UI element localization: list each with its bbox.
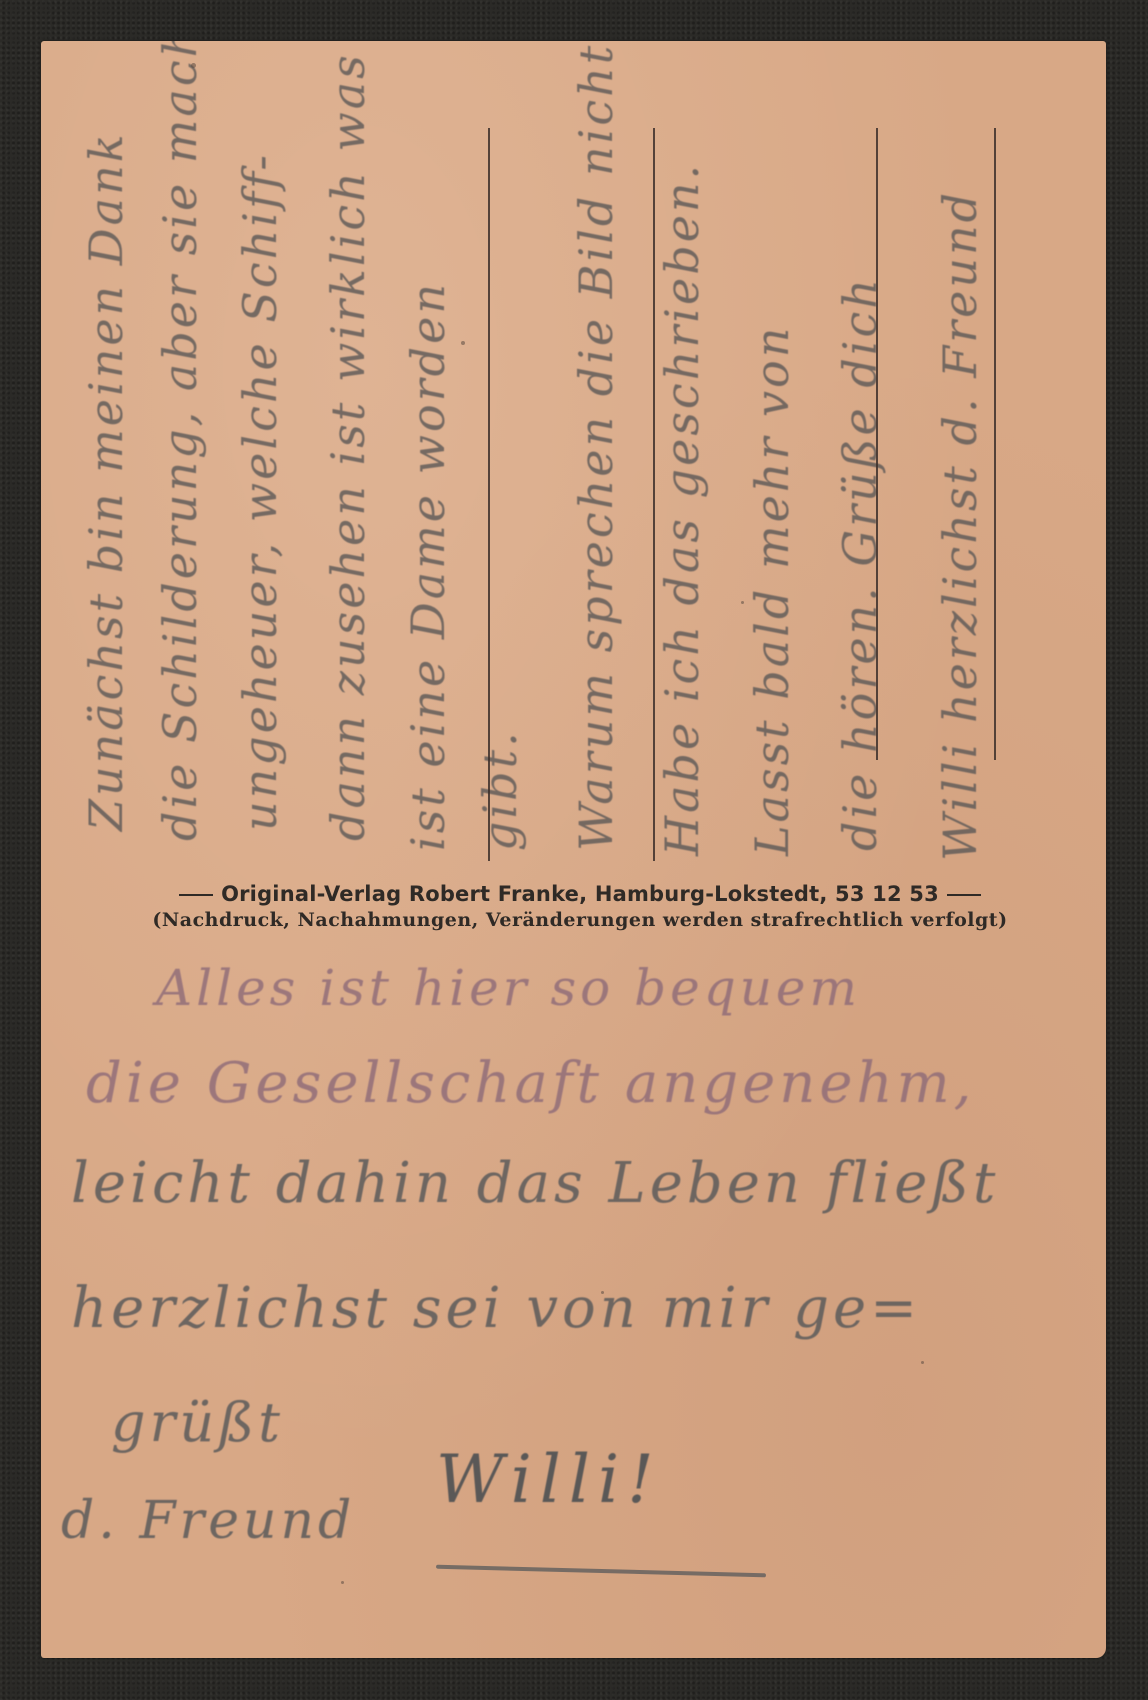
handwritten-line: Habe ich das geschrieben.: [655, 162, 709, 856]
imprint-dash: [947, 894, 981, 896]
signature-underline: [436, 1565, 766, 1578]
handwritten-line: gibt.: [473, 729, 527, 851]
handwritten-line: die hören. Grüße dich: [833, 276, 887, 851]
handwritten-line: Lasst bald mehr von: [745, 325, 799, 856]
handwritten-line: leicht dahin das Leben fließt: [71, 1151, 999, 1216]
handwritten-line: Alles ist hier so bequem: [156, 959, 861, 1017]
handwritten-line: Willi herzlichst d. Freund: [933, 190, 987, 861]
handwritten-line: ist eine Dame worden: [401, 281, 455, 851]
address-line: [488, 128, 490, 861]
handwritten-line: ungeheuer, welche Schiff-: [233, 152, 287, 831]
handwritten-line: grüßt: [111, 1391, 284, 1454]
handwritten-line: dann zusehen ist wirklich was: [321, 52, 375, 841]
address-line: [876, 128, 878, 760]
address-line: [994, 128, 996, 760]
postcard: Zunächst bin meinen Dank die Schilderung…: [41, 41, 1106, 1658]
imprint-dash: [179, 894, 213, 896]
handwritten-line: die Schilderung, aber sie macht: [153, 41, 207, 841]
signature: Willi!: [436, 1441, 662, 1518]
publisher-imprint: Original-Verlag Robert Franke, Hamburg-L…: [90, 882, 1070, 906]
handwritten-line: d. Freund: [61, 1491, 355, 1551]
handwritten-line: Warum sprechen die Bild nicht: [569, 43, 623, 851]
rotated-message-section: Zunächst bin meinen Dank die Schilderung…: [41, 41, 1106, 886]
handwritten-line: Zunächst bin meinen Dank: [79, 131, 133, 831]
address-line: [653, 128, 655, 861]
copyright-notice: (Nachdruck, Nachahmungen, Veränderungen …: [90, 909, 1070, 931]
handwritten-line: herzlichst sei von mir ge=: [71, 1276, 921, 1341]
publisher-text: Original-Verlag Robert Franke, Hamburg-L…: [221, 882, 939, 906]
handwritten-line: die Gesellschaft angenehm,: [86, 1051, 975, 1116]
